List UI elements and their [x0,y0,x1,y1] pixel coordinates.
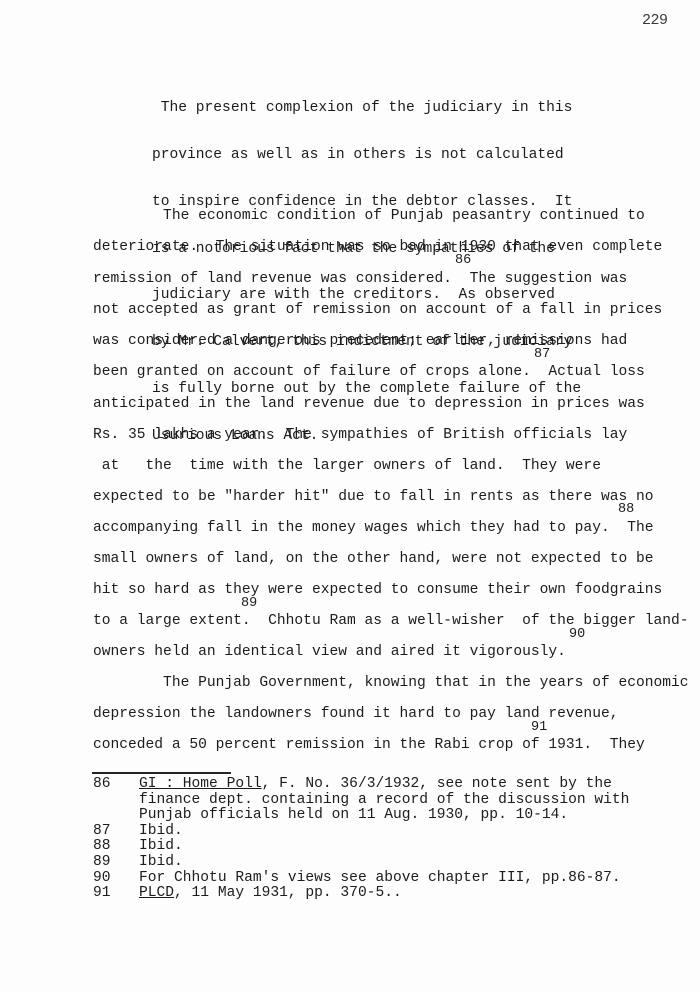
footnote-continuation: finance dept. containing a record of the… [139,793,629,809]
footnote-ref-88: 88 [618,503,634,517]
body-line: deteriorate. The situation was so bad in… [93,238,662,256]
body-line: at the time with the larger owners of la… [93,457,601,475]
footnote-source-title: GI : Home Poll [139,776,262,792]
footnote-90: 90 For Chhotu Ram's views see above chap… [93,871,693,887]
body-line: expected to be "harder hit" due to fall … [93,488,654,506]
footnotes: 86 GI : Home Poll, F. No. 36/3/1932, see… [93,777,693,902]
body-line: hit so hard as they were expected to con… [93,581,662,599]
footnote-89: 89 Ibid. [93,855,693,871]
footnote-continuation: Punjab officials held on 11 Aug. 1930, p… [139,808,568,824]
footnote-86-cont: finance dept. containing a record of the… [93,793,693,809]
body-line: accompanying fall in the money wages whi… [93,519,654,537]
body-line: Rs. 35 lakhs a year. The sympathies of B… [93,426,627,444]
footnote-source-title: PLCD [139,885,174,901]
footnote-text-rest: , F. No. 36/3/1932, see note sent by the [262,776,612,792]
footnote-86: 86 GI : Home Poll, F. No. 36/3/1932, see… [93,777,693,793]
footnote-text: GI : Home Poll, F. No. 36/3/1932, see no… [139,777,612,793]
footnote-text: Ibid. [139,824,183,840]
footnote-text: Ibid. [139,839,183,855]
footnote-text: PLCD, 11 May 1931, pp. 370-5.. [139,886,402,902]
footnote-91: 91 PLCD, 11 May 1931, pp. 370-5.. [93,886,693,902]
body-line: not accepted as grant of remission on ac… [93,301,662,319]
body-line: conceded a 50 percent remission in the R… [93,736,645,754]
body-line: The economic condition of Punjab peasant… [93,207,645,225]
footnote-86-cont: Punjab officials held on 11 Aug. 1930, p… [93,808,693,824]
footnote-number: 91 [93,886,139,902]
footnote-separator [92,772,231,774]
body-line: The Punjab Government, knowing that in t… [93,674,689,692]
footnote-number: 89 [93,855,139,871]
body-line: to a large extent. Chhotu Ram as a well-… [93,612,689,630]
footnote-text: Ibid. [139,855,183,871]
footnote-number: 87 [93,824,139,840]
footnote-number: 88 [93,839,139,855]
body-line: remission of land revenue was considered… [93,270,627,288]
footnote-ref-89: 89 [241,597,257,611]
body-line: been granted on account of failure of cr… [93,363,645,381]
footnote-number: 90 [93,871,139,887]
footnote-ref-90: 90 [569,628,585,642]
footnote-ref-86: 86 [455,254,471,268]
footnote-88: 88 Ibid. [93,839,693,855]
footnote-ref-91: 91 [531,721,547,735]
footnote-ref-87: 87 [534,348,550,362]
footnote-text: For Chhotu Ram's views see above chapter… [139,871,621,887]
body-line: owners held an identical view and aired … [93,643,566,661]
body-line: anticipated in the land revenue due to d… [93,395,645,413]
footnote-87: 87 Ibid. [93,824,693,840]
footnote-text-rest: , 11 May 1931, pp. 370-5.. [174,885,402,901]
body-line: small owners of land, on the other hand,… [93,550,654,568]
body-text: The economic condition of Punjab peasant… [93,0,700,416]
footnote-number: 86 [93,777,139,793]
